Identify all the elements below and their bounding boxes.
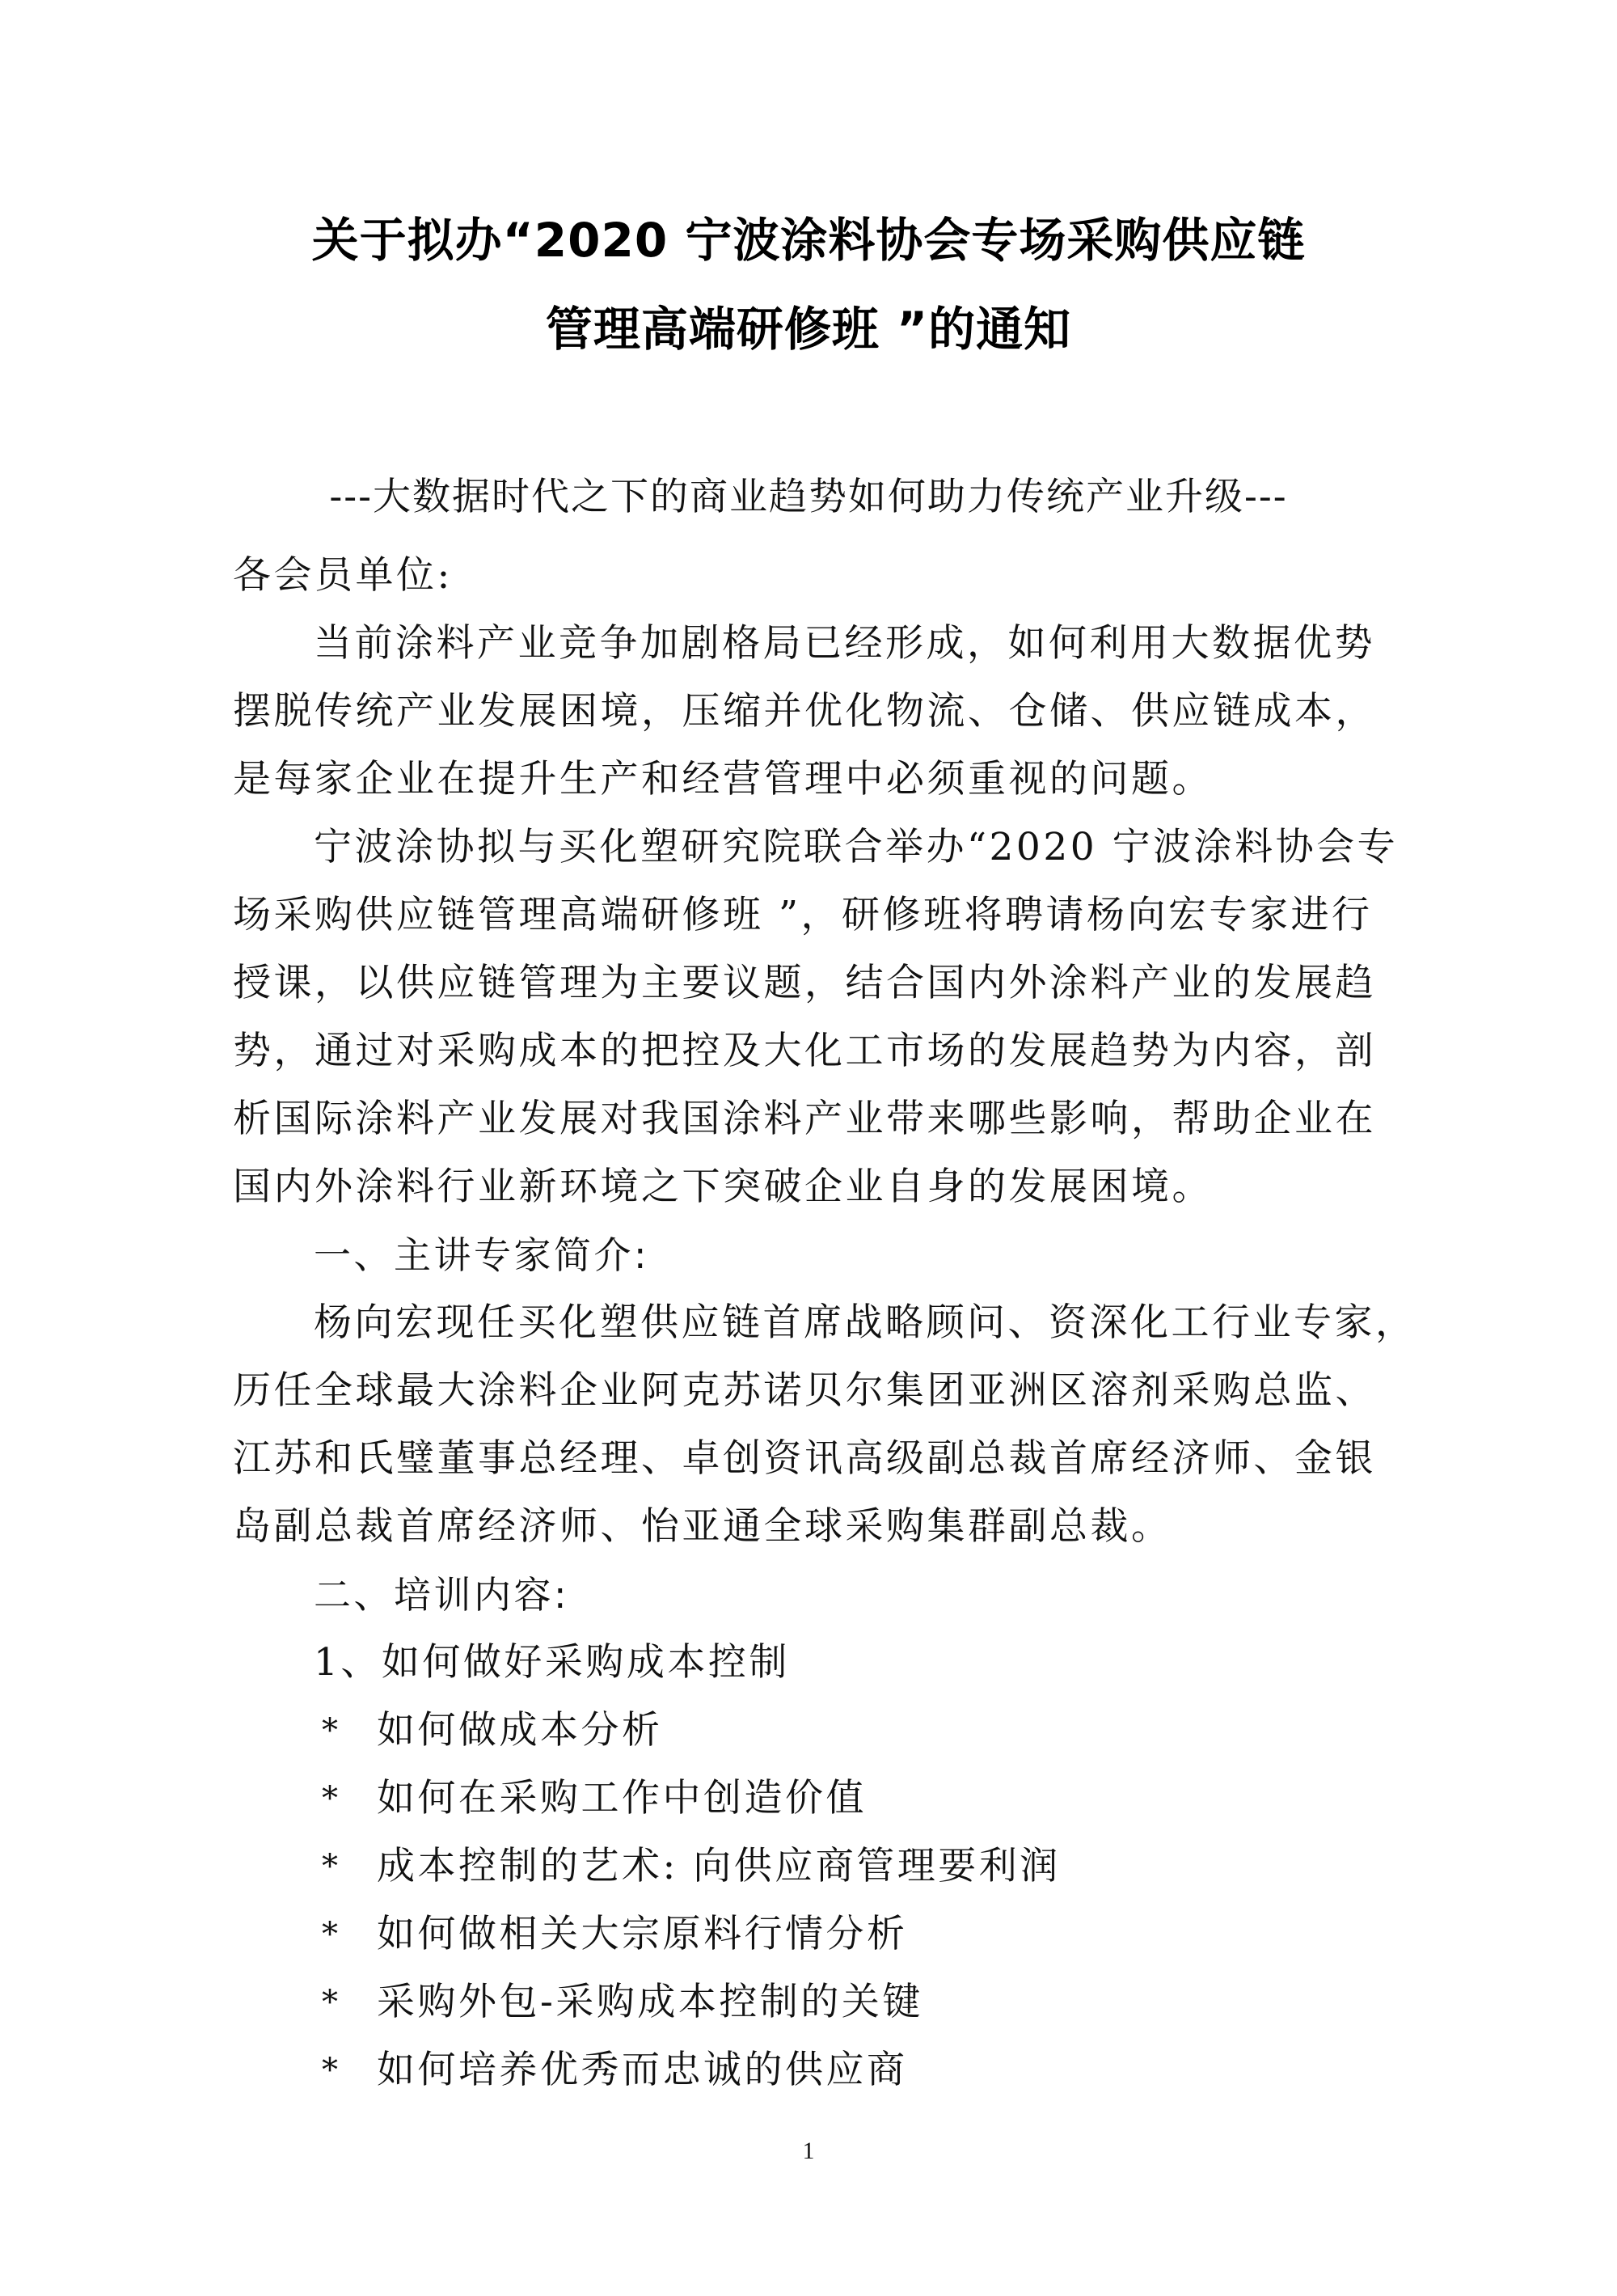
bullet-icon: * — [322, 1706, 338, 1755]
paragraph-1-line-1: 当前涂料产业竞争加剧格局已经形成，如何利用大数据优势 — [314, 619, 1462, 668]
paragraph-2-line-4: 势，通过对采购成本的把控及大化工市场的发展趋势为内容，剖 — [233, 1027, 1381, 1076]
bullet-item-3: 成本控制的艺术: 向供应商管理要利润 — [377, 1842, 1061, 1891]
document-title-line-2: 管理高端研修班 ”的通知 — [0, 301, 1617, 357]
bullet-item-5: 采购外包-采购成本控制的关键 — [377, 1978, 923, 2027]
document-title-line-1: 关于拟办“2020 宁波涂料协会专场采购供应链 — [0, 212, 1617, 269]
paragraph-1-line-2: 摆脱传统产业发展困境，压缩并优化物流、仓储、供应链成本， — [233, 687, 1381, 736]
paragraph-2-line-5: 析国际涂料产业发展对我国涂料产业带来哪些影响，帮助企业在 — [233, 1095, 1381, 1144]
paragraph-2-line-1: 宁波涂协拟与买化塑研究院联合举办“2020 宁波涂料协会专 — [314, 823, 1462, 872]
paragraph-2-line-6: 国内外涂料行业新环境之下突破企业自身的发展困境。 — [233, 1163, 1381, 1211]
section-2-subheading: 1、如何做好采购成本控制 — [314, 1638, 1462, 1687]
bullet-icon: * — [322, 1842, 338, 1891]
paragraph-1-line-3: 是每家企业在提升生产和经营管理中必须重视的问题。 — [233, 755, 1381, 804]
section-2-heading: 二、培训内容: — [314, 1571, 1462, 1619]
section-1-line-3: 江苏和氏璧董事总经理、卓创资讯高级副总裁首席经济师、金银 — [233, 1435, 1381, 1483]
paragraph-2-line-2: 场采购供应链管理高端研修班 ”，研修班将聘请杨向宏专家进行 — [233, 891, 1381, 940]
section-1-line-4: 岛副总裁首席经济师、怡亚通全球采购集群副总裁。 — [233, 1503, 1381, 1551]
bullet-item-6: 如何培养优秀而忠诚的供应商 — [377, 2046, 908, 2095]
bullet-icon: * — [322, 1978, 338, 2027]
bullet-icon: * — [322, 2046, 338, 2095]
section-1-heading: 一、主讲专家简介: — [314, 1231, 1462, 1279]
bullet-icon: * — [322, 1774, 338, 1823]
document-page: 关于拟办“2020 宁波涂料协会专场采购供应链 管理高端研修班 ”的通知 ---… — [0, 0, 1617, 2296]
bullet-item-4: 如何做相关大宗原料行情分析 — [377, 1910, 908, 1959]
bullet-icon: * — [322, 1910, 338, 1959]
paragraph-2-line-3: 授课，以供应链管理为主要议题，结合国内外涂料产业的发展趋 — [233, 959, 1381, 1008]
salutation: 各会员单位: — [233, 552, 1381, 600]
document-subtitle: ---大数据时代之下的商业趋势如何助力传统产业升级--- — [0, 473, 1617, 522]
page-number: 1 — [0, 2135, 1617, 2167]
section-1-line-1: 杨向宏现任买化塑供应链首席战略顾问、资深化工行业专家， — [314, 1299, 1462, 1347]
section-1-line-2: 历任全球最大涂料企业阿克苏诺贝尔集团亚洲区溶剂采购总监、 — [233, 1367, 1381, 1415]
bullet-item-2: 如何在采购工作中创造价值 — [377, 1774, 867, 1823]
bullet-item-1: 如何做成本分析 — [377, 1706, 663, 1755]
